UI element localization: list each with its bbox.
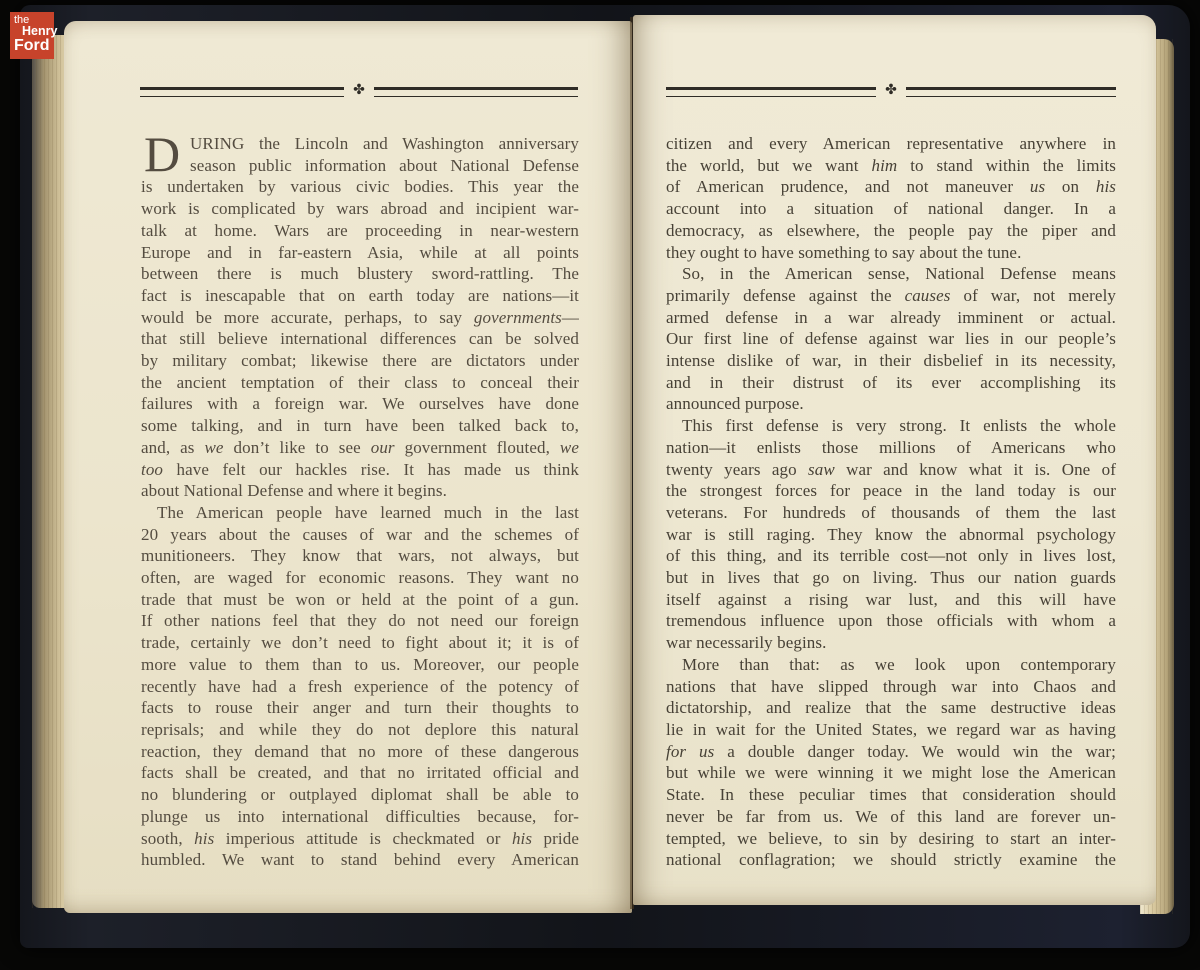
text-line: war is still raging. They know the abnor… [666,524,1116,546]
text-line: about National Defense and where it begi… [141,480,579,502]
text-line: veterans. For hundreds of thousands of t… [666,502,1116,524]
logo-text-henry: Henry [22,24,57,38]
text-line: account into a situation of national dan… [666,198,1116,220]
left-page-text: D URING the Lincoln and Washington anniv… [141,133,579,871]
text-line: This first defense is very strong. It en… [666,415,1116,437]
left-page: ✤ D URING the Lincoln and Washington ann… [64,21,632,913]
text-line: URING the Lincoln and Washington anniver… [141,133,579,155]
text-line: talk at home. Wars are proceeding in nea… [141,220,579,242]
text-line: State. In these peculiar times that cons… [666,784,1116,806]
open-book: ✤ D URING the Lincoln and Washington ann… [20,5,1190,948]
text-line: and, as we don’t like to see our governm… [141,437,579,459]
text-line: armed defense in a war already imminent … [666,307,1116,329]
logo-text-ford: Ford [14,37,50,55]
drop-cap: D [144,132,180,176]
text-line: the strongest forces for peace in the la… [666,480,1116,502]
text-line: trade that must be won or held at the po… [141,589,579,611]
text-line: too have felt our hackles rise. It has m… [141,459,579,481]
text-line: announced purpose. [666,393,1116,415]
text-line: between there is much blustery sword-rat… [141,263,579,285]
text-line: work is complicated by wars abroad and i… [141,198,579,220]
text-line: national conflagration; we should strict… [666,849,1116,871]
text-line: plunge us into international difficultie… [141,806,579,828]
text-line: fact is inescapable that on earth today … [141,285,579,307]
fleuron-ornament-icon: ✤ [353,86,365,96]
text-line: that still believe international differe… [141,328,579,350]
text-line: would be more accurate, perhaps, to say … [141,307,579,329]
text-line: recently have had a fresh experience of … [141,676,579,698]
text-line: of American prudence, and not maneuver u… [666,176,1116,198]
text-line: is undertaken by various civic bodies. T… [141,176,579,198]
text-line: of this thing, and its terrible cost—not… [666,545,1116,567]
right-page: ✤ citizen and every American representat… [633,15,1156,905]
rule-line [374,87,578,97]
text-line: for us a double danger today. We would w… [666,741,1116,763]
text-line: they ought to have something to say abou… [666,242,1116,264]
text-line: More than that: as we look upon contempo… [666,654,1116,676]
text-line: never be far from us. We of this land ar… [666,806,1116,828]
text-line: tempted, we believe, to sin by desiring … [666,828,1116,850]
rule-line [140,87,344,97]
text-line: reprisals; and while they do not deplore… [141,719,579,741]
text-line: failures with a foreign war. We ourselve… [141,393,579,415]
text-line: more value to them than to us. Moreover,… [141,654,579,676]
text-line: munitioneers. They know that wars, not a… [141,545,579,567]
text-line: tremendous influence upon those official… [666,610,1116,632]
text-line: often, are waged for economic reasons. T… [141,567,579,589]
henry-ford-logo: the Henry Ford [10,12,54,59]
text-line: but in lives that go on living. Thus our… [666,567,1116,589]
text-line: Europe and in far-eastern Asia, while at… [141,242,579,264]
text-line: If other nations feel that they do not n… [141,610,579,632]
rule-line [666,87,876,97]
text-line: the ancient temptation of their class to… [141,372,579,394]
header-rule-left: ✤ [140,87,578,97]
text-line: democracy, as elsewhere, the people pay … [666,220,1116,242]
text-line: 20 years about the causes of war and the… [141,524,579,546]
text-line: lie in wait for the United States, we re… [666,719,1116,741]
text-line: So, in the American sense, National Defe… [666,263,1116,285]
fleuron-ornament-icon: ✤ [885,86,897,96]
rule-line [906,87,1116,97]
right-page-text: citizen and every American representativ… [666,133,1116,871]
text-line: war necessarily begins. [666,632,1116,654]
text-line: reaction, they demand that no more of th… [141,741,579,763]
text-line: dictatorship, and realize that the same … [666,697,1116,719]
text-line: trade, certainly we don’t need to fight … [141,632,579,654]
text-line: but while we were winning it we might lo… [666,762,1116,784]
text-line: twenty years ago saw war and know what i… [666,459,1116,481]
header-rule-right: ✤ [666,87,1116,97]
text-line: nation—it enlists those millions of Amer… [666,437,1116,459]
text-line: nations that have slipped through war in… [666,676,1116,698]
text-line: and in their distrust of its ever accomp… [666,372,1116,394]
text-line: by military combat; likewise there are d… [141,350,579,372]
text-line: primarily defense against the causes of … [666,285,1116,307]
text-line: facts shall be created, and that no irri… [141,762,579,784]
text-line: citizen and every American representativ… [666,133,1116,155]
text-line: facts to rouse their anger and turn thei… [141,697,579,719]
text-line: no blundering or outplayed diplomat shal… [141,784,579,806]
text-line: sooth, his imperious attitude is checkma… [141,828,579,850]
text-line: the world, but we want him to stand with… [666,155,1116,177]
photo-scene: the Henry Ford ✤ D URING the Lincoln and… [0,0,1200,970]
text-line: intense dislike of war, in their disbeli… [666,350,1116,372]
text-line: itself against a rising war lust, and th… [666,589,1116,611]
text-line: some talking, and in turn have been talk… [141,415,579,437]
text-line: The American people have learned much in… [141,502,579,524]
text-line: humbled. We want to stand behind every A… [141,849,579,871]
text-line: Our first line of defense against war li… [666,328,1116,350]
text-line: season public information about National… [141,155,579,177]
